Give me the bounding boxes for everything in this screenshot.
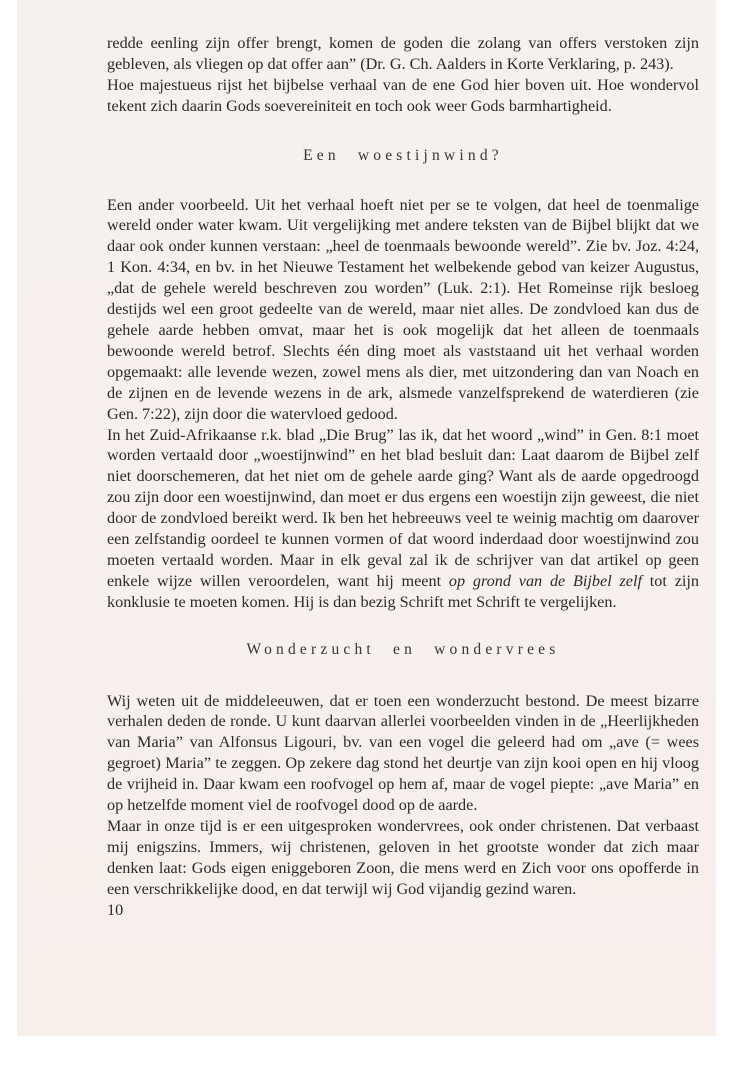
paragraph-ander-voorbeeld: Een ander voorbeeld. Uit het verhaal hoe… bbox=[107, 195, 699, 425]
paragraph-middeleeuwen: Wij weten uit de middeleeuwen, dat er to… bbox=[107, 691, 699, 816]
paragraph-wondervrees: Maar in onze tijd is er een uitgesproken… bbox=[107, 816, 699, 900]
emphasis-op-grond: op grond van de Bijbel zelf bbox=[449, 572, 642, 590]
page-number: 10 bbox=[107, 900, 699, 921]
paragraph-die-brug-text-a: In het Zuid-Afrikaanse r.k. blad „Die Br… bbox=[107, 426, 699, 590]
section-heading-wonderzucht: Wonderzucht en wondervrees bbox=[107, 640, 699, 661]
paragraph-die-brug: In het Zuid-Afrikaanse r.k. blad „Die Br… bbox=[107, 425, 699, 613]
paragraph-majesty: Hoe majestueus rijst het bijbelse verhaa… bbox=[107, 75, 699, 117]
section-heading-woestijnwind: Een woestijnwind? bbox=[107, 146, 699, 167]
paragraph-quote-end: redde eenling zijn offer brengt, komen d… bbox=[107, 33, 699, 75]
text-column: redde eenling zijn offer brengt, komen d… bbox=[107, 33, 699, 921]
